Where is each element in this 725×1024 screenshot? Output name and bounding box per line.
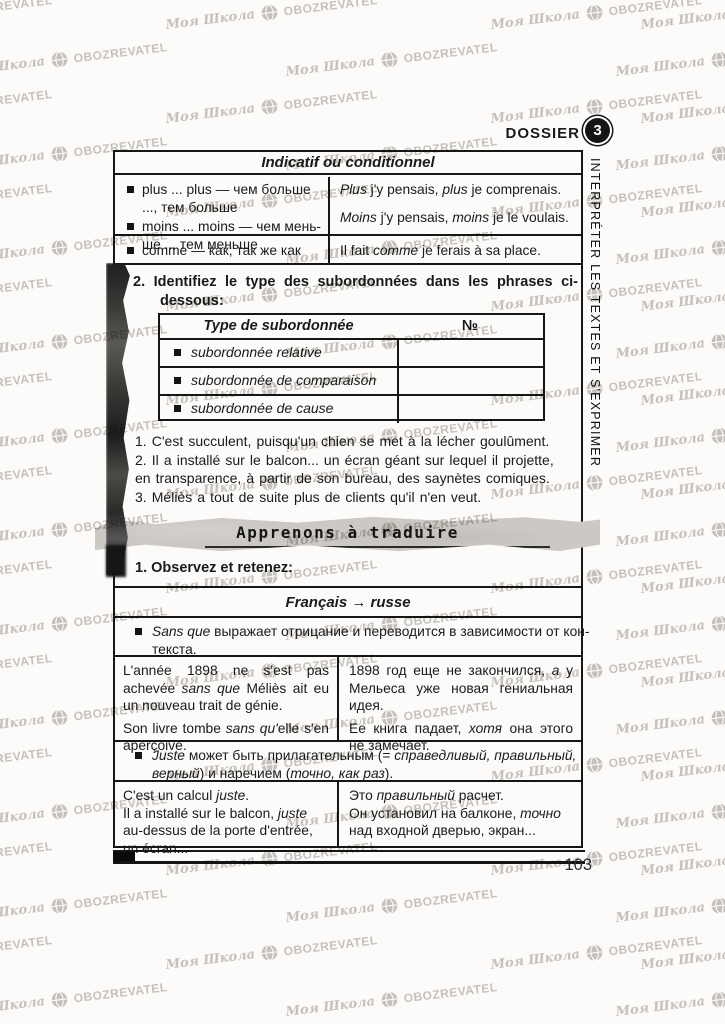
brand-logo-text: OBOZREVATEL <box>0 745 53 770</box>
globe-icon <box>260 943 279 962</box>
globe-icon <box>50 896 69 915</box>
french-sentence: L'année 1898 ne s'est pas achevée sans q… <box>123 662 329 715</box>
brand-logo-text: OBOZREVATEL <box>608 933 703 958</box>
school-logo-text: Моя Школа <box>640 195 725 221</box>
globe-icon <box>380 50 399 69</box>
watermark: Моя ШколаOBOZREVATEL <box>0 38 168 81</box>
watermark: Моя ШколаOBOZREVATEL <box>0 743 53 786</box>
globe-icon <box>50 238 69 257</box>
watermark: Моя ШколаOBOZREVATEL <box>615 978 725 1021</box>
rule-text: comme — как; так же как <box>142 242 301 260</box>
watermark: Моя ШколаOBOZREVATEL <box>640 931 725 974</box>
brand-logo-text: OBOZREVATEL <box>0 933 53 958</box>
globe-icon <box>710 802 725 821</box>
watermark: Моя ШколаOBOZREVATEL <box>490 931 704 974</box>
watermark: Моя ШколаOBOZREVATEL <box>615 602 725 645</box>
brand-logo-text: OBOZREVATEL <box>608 181 703 206</box>
globe-icon <box>710 144 725 163</box>
school-logo-text: Моя Школа <box>0 712 46 738</box>
school-logo-text: Моя Школа <box>640 947 725 973</box>
sentence-line: 3. Méliès a tout de suite plus de client… <box>135 488 585 507</box>
school-logo-text: Моя Школа <box>640 289 725 315</box>
globe-icon <box>710 238 725 257</box>
globe-icon <box>50 520 69 539</box>
exercise2-heading: 2. Identifiez le type des subordonnées d… <box>133 273 585 310</box>
school-logo-text: Моя Школа <box>0 994 46 1020</box>
globe-icon <box>710 990 725 1009</box>
watermark: Моя ШколаOBOZREVATEL <box>640 179 725 222</box>
square-bullet-icon <box>127 247 134 254</box>
russian-sentence: Он установил на балконе, точно над входн… <box>349 805 573 840</box>
globe-icon <box>710 708 725 727</box>
school-logo-text: Моя Школа <box>615 994 706 1020</box>
brand-logo-text: OBOZREVATEL <box>608 275 703 300</box>
rule-text: plus ... plus — чем больше..., тем больш… <box>142 181 311 216</box>
school-logo-text: Моя Школа <box>0 148 46 174</box>
school-logo-text: Моя Школа <box>285 994 376 1020</box>
square-bullet-icon <box>135 628 142 635</box>
brand-logo-text: OBOZREVATEL <box>403 40 498 65</box>
globe-icon <box>50 802 69 821</box>
corner-black-square <box>113 852 135 861</box>
square-bullet-icon <box>127 223 134 230</box>
school-logo-text: Моя Школа <box>615 712 706 738</box>
watermark: Моя ШколаOBOZREVATEL <box>640 85 725 128</box>
globe-icon <box>585 661 604 680</box>
brand-logo-text: OBOZREVATEL <box>283 87 378 112</box>
watermark: Моя ШколаOBOZREVATEL <box>640 461 725 504</box>
dossier-number-badge: 3 <box>585 118 610 143</box>
russian-cell: Это правильный расчет. Он установил на б… <box>337 782 581 846</box>
brand-logo-text: OBOZREVATEL <box>0 557 53 582</box>
sentence-line: 2. Il a installé sur le balcon... un écr… <box>135 451 585 470</box>
subordinate-type-label: subordonnée relative <box>191 344 322 360</box>
section-banner-title: Apprenons à traduire <box>95 523 600 542</box>
watermark: Моя ШколаOBOZREVATEL <box>615 320 725 363</box>
brand-logo-text: OBOZREVATEL <box>608 557 703 582</box>
watermark: Моя ШколаOBOZREVATEL <box>0 931 53 974</box>
school-logo-text: Моя Школа <box>640 477 725 503</box>
note-row: Juste может быть прилагательным (= справ… <box>115 742 581 782</box>
globe-icon <box>50 50 69 69</box>
brand-logo-text: OBOZREVATEL <box>608 839 703 864</box>
page-number: 103 <box>548 856 592 875</box>
globe-icon <box>585 97 604 116</box>
watermark: Моя ШколаOBOZREVATEL <box>285 978 499 1021</box>
school-logo-text: Моя Школа <box>615 618 706 644</box>
globe-icon <box>710 896 725 915</box>
school-logo-text: Моя Школа <box>0 430 46 456</box>
brand-logo-text: OBOZREVATEL <box>608 745 703 770</box>
translation-table-title: Français → russe <box>115 588 581 618</box>
school-logo-text: Моя Школа <box>0 336 46 362</box>
grammar-table-title: Indicatif ou conditionnel <box>115 152 581 175</box>
watermark: Моя ШколаOBOZREVATEL <box>615 508 725 551</box>
watermark: Моя ШколаOBOZREVATEL <box>0 273 53 316</box>
school-logo-text: Моя Школа <box>615 430 706 456</box>
subordinate-type-label: subordonnée de cause <box>191 400 333 416</box>
brand-logo-text: OBOZREVATEL <box>73 40 168 65</box>
translation-example-row: C'est un calcul juste. Il a installé sur… <box>115 782 581 846</box>
globe-icon <box>585 473 604 492</box>
brand-logo-text: OBOZREVATEL <box>0 275 53 300</box>
globe-icon <box>710 426 725 445</box>
grammar-table-row: comme — как; так же как Il fait comme je… <box>115 236 581 265</box>
watermark: Моя ШколаOBOZREVATEL <box>0 367 53 410</box>
brand-logo-text: OBOZREVATEL <box>608 369 703 394</box>
school-logo-text: Моя Школа <box>640 571 725 597</box>
grammar-cell-examples: Il fait comme je ferais à sa place. <box>328 236 581 263</box>
example-sentence: Il fait comme je ferais à sa place. <box>340 242 575 260</box>
type-column-header: Type de subordonnée <box>160 318 397 334</box>
dossier-label: DOSSIER <box>0 125 580 142</box>
watermark: Моя ШколаOBOZREVATEL <box>165 931 379 974</box>
school-logo-text: Моя Школа <box>165 7 256 33</box>
globe-icon <box>50 426 69 445</box>
brand-logo-text: OBOZREVATEL <box>0 463 53 488</box>
school-logo-text: Моя Школа <box>0 242 46 268</box>
watermark: Моя ШколаOBOZREVATEL <box>615 38 725 81</box>
watermark: Моя ШколаOBOZREVATEL <box>640 743 725 786</box>
watermark: Моя ШколаOBOZREVATEL <box>615 226 725 269</box>
russian-sentence: Это правильный расчет. <box>349 787 573 805</box>
table-row: subordonnée de cause <box>160 396 543 423</box>
square-bullet-icon <box>135 752 142 759</box>
sentence-line: 1. C'est succulent, puisqu'un chien se m… <box>135 432 585 451</box>
school-logo-text: Моя Школа <box>640 101 725 127</box>
brand-logo-text: OBOZREVATEL <box>0 87 53 112</box>
brand-logo-text: OBOZREVATEL <box>608 87 703 112</box>
brand-logo-text: OBOZREVATEL <box>608 651 703 676</box>
french-cell: C'est un calcul juste. Il a installé sur… <box>115 782 337 846</box>
subordinate-type-label: subordonnée de comparaison <box>191 372 376 388</box>
watermark: Моя ШколаOBOZREVATEL <box>615 414 725 457</box>
school-logo-text: Моя Школа <box>640 7 725 33</box>
school-logo-text: Моя Школа <box>285 54 376 80</box>
school-logo-text: Моя Школа <box>615 524 706 550</box>
globe-icon <box>710 332 725 351</box>
school-logo-text: Моя Школа <box>640 759 725 785</box>
square-bullet-icon <box>174 349 181 356</box>
globe-icon <box>710 50 725 69</box>
brand-logo-text: OBOZREVATEL <box>73 886 168 911</box>
globe-icon <box>710 614 725 633</box>
example-sentence: Moins j'y pensais, moins je le voulais. <box>340 209 575 227</box>
content-frame: Indicatif ou conditionnel plus ... plus … <box>113 150 583 848</box>
school-logo-text: Моя Школа <box>285 900 376 926</box>
watermark: Моя ШколаOBOZREVATEL <box>0 837 53 880</box>
watermark: Моя ШколаOBOZREVATEL <box>0 884 168 927</box>
brand-logo-text: OBOZREVATEL <box>73 980 168 1005</box>
chapter-vertical-title: INTERPRÉTER LES TEXTES ET S'EXPRIMER <box>588 158 602 444</box>
globe-icon <box>585 3 604 22</box>
globe-icon <box>50 144 69 163</box>
scan-spine-shadow <box>106 545 126 577</box>
watermark: Моя ШколаOBOZREVATEL <box>615 790 725 833</box>
globe-icon <box>50 614 69 633</box>
table-row: subordonnée relative <box>160 340 543 368</box>
number-column-header: № <box>397 318 543 334</box>
school-logo-text: Моя Школа <box>0 524 46 550</box>
globe-icon <box>50 990 69 1009</box>
grammar-table-row: plus ... plus — чем больше..., тем больш… <box>115 177 581 236</box>
school-logo-text: Моя Школа <box>615 336 706 362</box>
school-logo-text: Моя Школа <box>615 900 706 926</box>
note-text: Juste может быть прилагательным (= справ… <box>152 747 577 783</box>
watermark: Моя ШколаOBOZREVATEL <box>285 884 499 927</box>
grammar-cell-rules: comme — как; так же как <box>115 236 328 263</box>
column-divider <box>397 396 399 423</box>
watermark: Моя ШколаOBOZREVATEL <box>0 461 53 504</box>
note-text: Sans que выражает отрицание и переводитс… <box>152 623 590 659</box>
note-row: Sans que выражает отрицание и переводитс… <box>115 618 581 657</box>
watermark: Моя ШколаOBOZREVATEL <box>0 179 53 222</box>
watermark: Моя ШколаOBOZREVATEL <box>165 0 379 34</box>
square-bullet-icon <box>174 377 181 384</box>
grammar-cell-rules: plus ... plus — чем больше..., тем больш… <box>115 177 328 234</box>
watermark: Моя ШколаOBOZREVATEL <box>0 978 168 1021</box>
globe-icon <box>380 990 399 1009</box>
exercise2-heading-line2: dessous: <box>133 292 585 311</box>
globe-icon <box>585 567 604 586</box>
school-logo-text: Моя Школа <box>615 242 706 268</box>
school-logo-text: Моя Школа <box>640 853 725 879</box>
globe-icon <box>585 755 604 774</box>
translation-example-row: L'année 1898 ne s'est pas achevée sans q… <box>115 657 581 742</box>
watermark: Моя ШколаOBOZREVATEL <box>0 85 53 128</box>
square-bullet-icon <box>174 405 181 412</box>
globe-icon <box>585 943 604 962</box>
watermark: Моя ШколаOBOZREVATEL <box>0 555 53 598</box>
globe-icon <box>260 3 279 22</box>
watermark: Моя ШколаOBOZREVATEL <box>615 132 725 175</box>
school-logo-text: Моя Школа <box>0 54 46 80</box>
russian-cell: 1898 год еще не закончился, а у Мельеса … <box>337 657 581 740</box>
globe-icon <box>50 332 69 351</box>
watermark: Моя ШколаOBOZREVATEL <box>615 884 725 927</box>
watermark: Моя ШколаOBOZREVATEL <box>0 649 53 692</box>
square-bullet-icon <box>127 186 134 193</box>
brand-logo-text: OBOZREVATEL <box>283 933 378 958</box>
brand-logo-text: OBOZREVATEL <box>608 0 703 18</box>
exercise1-heading: 1. Observez et retenez: <box>135 560 293 576</box>
watermark: Моя ШколаOBOZREVATEL <box>285 38 499 81</box>
watermark: Моя ШколаOBOZREVATEL <box>165 85 379 128</box>
example-sentence: Plus j'y pensais, plus je comprenais. <box>340 181 575 199</box>
brand-logo-text: OBOZREVATEL <box>0 369 53 394</box>
french-cell: L'année 1898 ne s'est pas achevée sans q… <box>115 657 337 740</box>
exercise2-heading-line1: 2. Identifiez le type des subordonnées d… <box>133 273 585 292</box>
school-logo-text: Моя Школа <box>640 665 725 691</box>
russian-sentence: 1898 год еще не закончился, а у Мельеса … <box>349 662 573 715</box>
table-row: subordonnée de comparaison <box>160 368 543 396</box>
school-logo-text: Моя Школа <box>165 101 256 127</box>
school-logo-text: Моя Школа <box>0 618 46 644</box>
brand-logo-text: OBOZREVATEL <box>403 886 498 911</box>
school-logo-text: Моя Школа <box>0 900 46 926</box>
translation-table: Français → russe Sans que выражает отриц… <box>115 586 581 846</box>
globe-icon <box>710 520 725 539</box>
watermark: Моя ШколаOBOZREVATEL <box>640 837 725 880</box>
column-divider <box>397 340 399 366</box>
school-logo-text: Моя Школа <box>615 806 706 832</box>
watermark: Моя ШколаOBOZREVATEL <box>640 555 725 598</box>
watermark: Моя ШколаOBOZREVATEL <box>640 0 725 34</box>
watermark: Моя ШколаOBOZREVATEL <box>640 649 725 692</box>
brand-logo-text: OBOZREVATEL <box>283 0 378 18</box>
school-logo-text: Моя Школа <box>615 148 706 174</box>
school-logo-text: Моя Школа <box>0 806 46 832</box>
brand-logo-text: OBOZREVATEL <box>0 0 53 18</box>
type-table-header-row: Type de subordonnée № <box>160 315 543 340</box>
watermark: Моя ШколаOBOZREVATEL <box>0 0 53 34</box>
globe-icon <box>50 708 69 727</box>
watermark: Моя ШколаOBOZREVATEL <box>615 696 725 739</box>
grammar-cell-examples: Plus j'y pensais, plus je comprenais. Mo… <box>328 177 581 234</box>
brand-logo-text: OBOZREVATEL <box>0 181 53 206</box>
exercise2-sentences: 1. C'est succulent, puisqu'un chien se m… <box>135 432 585 507</box>
subordinate-type-table: Type de subordonnée № subordonnée relati… <box>158 313 545 421</box>
school-logo-text: Моя Школа <box>490 7 581 33</box>
school-logo-text: Моя Школа <box>640 383 725 409</box>
french-sentence: C'est un calcul juste. <box>123 787 329 805</box>
school-logo-text: Моя Школа <box>615 54 706 80</box>
table-bottom-band <box>113 850 585 864</box>
brand-logo-text: OBOZREVATEL <box>403 980 498 1005</box>
school-logo-text: Моя Школа <box>490 101 581 127</box>
globe-icon <box>260 97 279 116</box>
brand-logo-text: OBOZREVATEL <box>608 463 703 488</box>
watermark: Моя ШколаOBOZREVATEL <box>640 273 725 316</box>
brand-logo-text: OBOZREVATEL <box>0 839 53 864</box>
brand-logo-text: OBOZREVATEL <box>0 651 53 676</box>
watermark: Моя ШколаOBOZREVATEL <box>640 367 725 410</box>
globe-icon <box>380 896 399 915</box>
column-divider <box>397 368 399 394</box>
school-logo-text: Моя Школа <box>490 947 581 973</box>
sentence-line: en transparence, à partir de son bureau,… <box>135 469 585 488</box>
school-logo-text: Моя Школа <box>165 947 256 973</box>
watermark: Моя ШколаOBOZREVATEL <box>490 0 704 34</box>
